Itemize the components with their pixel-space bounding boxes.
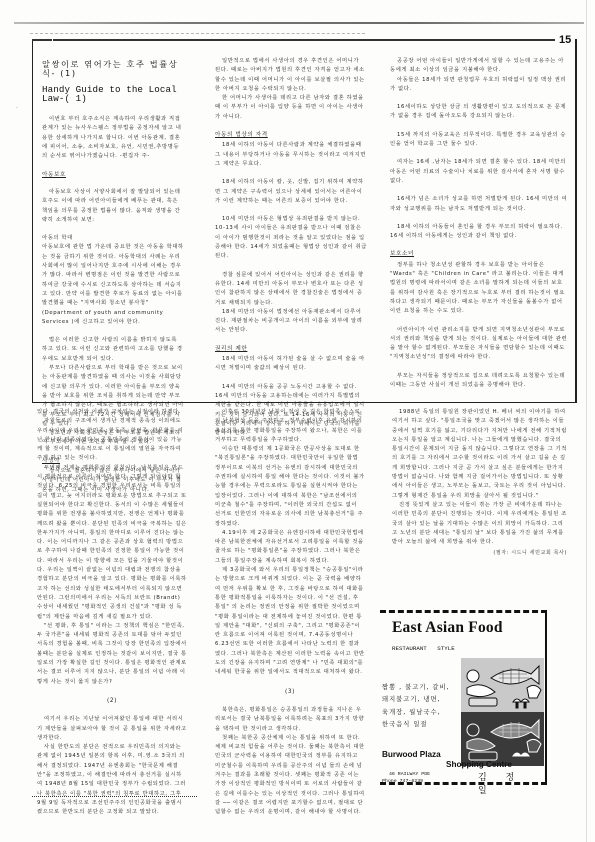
paragraph: 법은 이러한 신고한 사람의 이름을 밝히지 않도록 하고 있다. 또 이런 신… bbox=[42, 336, 184, 364]
paragraph: 제 3공화국에 와서 우리의 통일정책는 "승공통일"이라는 방향으로 크게 바… bbox=[215, 566, 365, 678]
paragraph: 아동들은 18세가 되면 관청업무 우호의 허락없이 일정 맥상 권리가 없다. bbox=[390, 76, 568, 95]
paragraph: 어린아이가 이런 관리소지를 받게 되면 지역청소년성관이 부모로서의 권리와 … bbox=[390, 326, 568, 363]
article-title-english: Handy Guide to the Local Law-( 1) bbox=[42, 85, 184, 104]
paragraph: 진정 뜻있게 살고 있는 이들이 겪는 가장 큰 비애가운데 하나는 이러한 민… bbox=[392, 501, 567, 547]
ad-location-line2: Shopping Centre bbox=[446, 760, 512, 769]
scan-dotted-rule bbox=[30, 33, 365, 34]
paragraph: 북한측은, 평화통일은 승공통일의 과정들을 지나온 우리로서는 결국 남북통일… bbox=[215, 706, 365, 734]
ad-menu-item: 돼지불고기, 냉면, bbox=[382, 694, 450, 706]
ad-location-line1: Burwood Plaza bbox=[382, 750, 441, 759]
scan-border-top bbox=[14, 22, 584, 24]
ad-subtitle-left: RESTAURANT bbox=[392, 645, 427, 652]
ad-menu-list: 짬뽕 , 불고기, 갈비, 돼지불고기, 냉면, 육개장, 월남국수, 한국음식… bbox=[382, 682, 450, 732]
article-title-korean: 알쌍이로 엮어가는 호주 법률상식- (1) bbox=[42, 60, 184, 79]
paragraph: 아동보호에 관한 법 가운데 중요한 것은 아동을 학대하는 것을 금하기 위한… bbox=[42, 243, 184, 327]
paragraph: 자원들로의 구조에서 생겨난 경제적 종속성 이외에도 우리사이에 우리는 한민… bbox=[37, 417, 187, 463]
ad-menu-item: 한국음식 일절 bbox=[382, 719, 450, 731]
paragraph: 아동보호 사상이 서양사회에서 잘 발달되어 있는데 호주도 이에 따라 어린아… bbox=[42, 188, 184, 225]
dotted-divider bbox=[32, 796, 197, 797]
paragraph: 18세 이하의 아동이 다른사람과 계약을 체결하였을때 그 내용이 부당하거나… bbox=[215, 141, 367, 169]
paragraph: 두번째 전제는 평화통일의 원칙이다. 남북통일은 반드시 평화적으로 이루어 … bbox=[37, 464, 187, 622]
paragraph: 공공장 어떤 아이들이 일반가게에서 일할 수 있는데 고용주는 아동에게 최소… bbox=[390, 57, 568, 76]
paragraph: 4.19이후 제 2공화국은 유엔감시하에 대한민국헌법에 따른 남북한전체에 … bbox=[215, 529, 365, 566]
paragraph: 이승만 대통령의 제 1공화국은 반공사상을 토대로 한 "북진통일론"을 주장… bbox=[215, 445, 365, 529]
paragraph: 첫째는 북한공 공산체제 이는 통일을 위하여 또 한다. 체제 비교적 힘들을… bbox=[215, 734, 365, 818]
section-number: (2) bbox=[37, 697, 187, 706]
paragraph: 18세 이하의 아동이 칼, 옷, 신발, 집기 위하여 계약하면 그 계약은 … bbox=[215, 178, 367, 206]
paragraph: 부모는 자식들을 정상적으로 집으로 데려오도록 요청할수 있는데 이때는 그동… bbox=[390, 372, 568, 391]
paragraph: 한 어머니가 사생아를 데리고 다른 남자와 결혼 하였을때 이 부부가 이 아… bbox=[215, 94, 367, 122]
ad-title: East Asian Food bbox=[392, 619, 503, 637]
paragraph: 18세 미만의 아동이 법정에선 아동재판소에서 다루어진다. 재판절차는 비공… bbox=[215, 308, 367, 336]
ad-menu-item: 짬뽕 , 불고기, 갈비, bbox=[382, 682, 450, 694]
ad-address: 46 RAILWAY PDE bbox=[382, 772, 430, 779]
ad-border bbox=[380, 610, 547, 613]
subheading: 아동의 학대 bbox=[42, 234, 184, 243]
essay-column-2: 이후로 30여년간 남북이 걸어 온 길은 한민족 스스로의 남북협상 등을 주… bbox=[215, 408, 365, 817]
paragraph: 10세 미만의 아동은 형법상 유죄판결을 받지 않는다. 10-13세 사이 … bbox=[215, 215, 367, 261]
paragraph: 사실 한반도의 분단은 전적으로 우리민족의 의지와는 관계 없이 1945년 … bbox=[37, 743, 187, 817]
section-heading: 아동의 법상의 자격 bbox=[215, 131, 367, 140]
food-illustration-icon bbox=[461, 658, 544, 766]
paragraph: 이후로 30여년간 남북이 걸어 온 길은 한민족 스스로의 남북협상 등을 주… bbox=[215, 408, 365, 445]
paragraph: 여자는 16세 ,남자는 18세가 되면 결혼 할수 있다. 18세 미만의 아… bbox=[390, 158, 568, 186]
legal-guide-column-2: 일반적으로 법에서 사생아의 경우 후견인은 어머니가 된다. 때로는 아버지가… bbox=[215, 57, 367, 447]
page-edge bbox=[586, 0, 587, 842]
paragraph: 1988년 독일의 통일원 장관이었던 H. 베너 씨의 이야기를 하여 여기서… bbox=[392, 408, 567, 501]
paragraph: 18세 이하의 아동들이 혼인을 할 경우 부모의 허락이 필요하다. 16세 … bbox=[390, 223, 568, 242]
paragraph: 경찰 심문에 있어서 어린아이는 성인과 같은 권리를 향유한다. 14세 미만… bbox=[215, 271, 367, 308]
essay-column-1: 있다. 결국의 상처와 이해가 교차되는 시점이라 하겠다. 자원들로의 구조에… bbox=[37, 408, 187, 817]
paragraph: 일반적으로 법에서 사생아의 경우 후견인은 어머니가 된다. 때로는 아버지가… bbox=[215, 57, 367, 94]
paragraph: 정부를 하나 청소년성 관할하 경우 보호를 받는 아이들은 "Wards" 혹… bbox=[390, 261, 568, 317]
section-heading: 권리의 제한 bbox=[215, 345, 367, 354]
essay-column-3: 1988년 독일의 통일원 장관이었던 H. 베너 씨의 이야기를 하여 여기서… bbox=[392, 408, 567, 559]
restaurant-advertisement: East Asian Food RESTAURANT STYLE 짬뽕 , 불고… bbox=[380, 610, 547, 785]
paragraph: 16세가 넘은 소녀가 성교를 하면 처벌받게 된다. 16세 미만의 여자와 … bbox=[390, 195, 568, 214]
ad-border bbox=[380, 782, 547, 785]
paragraph: 16세이하도 상당한 상금 의 생활방편이 있고 도의적으로 돈 문제가 없을 … bbox=[390, 103, 568, 122]
byline: (필자: 시드니 세민교회 목사) bbox=[392, 549, 567, 558]
paragraph: 있다. 결국의 상처와 이해가 교차되는 시점이라 하겠다. bbox=[37, 408, 187, 417]
paragraph: 여기서 우리는 지난날 이어져왔던 통일에 대한 서리시기 제안들을 살펴보아야… bbox=[37, 715, 187, 743]
ad-subtitle: RESTAURANT STYLE bbox=[392, 645, 455, 652]
section-number: (3) bbox=[215, 688, 365, 697]
legal-guide-column-3: 공공장 어떤 아이들이 일반가게에서 일할 수 있는데 고용주는 아동에게 최소… bbox=[390, 57, 568, 399]
scan-mark: · bbox=[16, 105, 18, 112]
paragraph: 18세 미만의 아동이 허가된 술을 살 수 없으며 술을 마시면 처벌이며 술… bbox=[215, 355, 367, 374]
section-heading: 아동보호 bbox=[42, 171, 184, 180]
paragraph: 15세 까지의 아동교육은 의무적이다. 특별한 경우 교육성관의 승인을 얻어… bbox=[390, 131, 568, 150]
ad-menu-item: 육개장, 월남국수, bbox=[382, 707, 450, 719]
article-intro: 이번호 부터 호주소식은 계속하여 우리생활과 직접관계가 있는 뉴사우스웰스 … bbox=[42, 115, 184, 161]
ad-subtitle-right: STYLE bbox=[437, 645, 454, 652]
paragraph: "선 평화, 후 통일" 이라는 그 정책의 핵심은 "한민족, 두 국가론"을… bbox=[37, 622, 187, 687]
section-heading: 보호소녀 bbox=[390, 250, 568, 259]
